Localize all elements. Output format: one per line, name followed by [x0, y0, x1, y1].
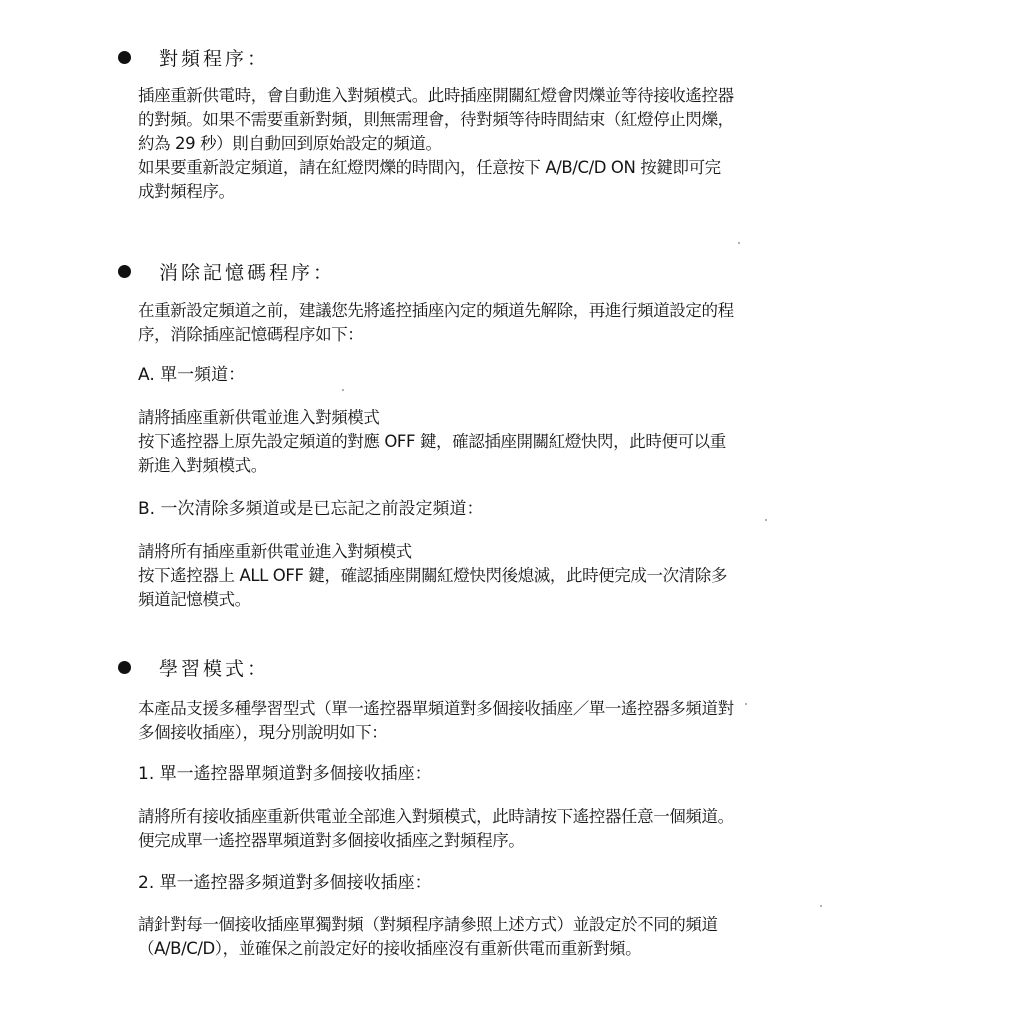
text-line: 便完成單一遙控器單頻道對多個接收插座之對頻程序。 — [138, 829, 838, 853]
section-heading-clear-memory: 消除記憶碼程序： — [118, 256, 335, 286]
scan-speck — [342, 389, 344, 391]
item-1-paragraph: 請將所有接收插座重新供電並全部進入對頻模式，此時請按下遙控器任意一個頻道。 便完… — [138, 805, 838, 853]
heading-text: 學習模式： — [159, 654, 269, 681]
text-line: 新進入對頻模式。 — [138, 454, 838, 478]
text-line: 請針對每一個接收插座單獨對頻（對頻程序請參照上述方式）並設定於不同的頻道 — [138, 913, 838, 937]
section-heading-pairing: 對頻程序： — [118, 42, 269, 72]
text-line: 多個接收插座），現分別說明如下： — [138, 721, 838, 745]
learning-mode-intro: 本產品支援多種學習型式（單一遙控器單頻道對多個接收插座／單一遙控器多頻道對 多個… — [138, 697, 838, 745]
text-line: 成對頻程序。 — [138, 180, 838, 204]
item-b-paragraph: 請將所有插座重新供電並進入對頻模式 按下遙控器上 ALL OFF 鍵，確認插座開… — [138, 540, 838, 612]
scan-speck — [738, 242, 740, 244]
scan-speck — [820, 905, 822, 907]
text-line: 約為 29 秒）則自動回到原始設定的頻道。 — [138, 132, 838, 156]
bullet-icon — [118, 265, 131, 278]
item-label-b: B. 一次清除多頻道或是已忘記之前設定頻道： — [138, 497, 483, 521]
text-line: 序，消除插座記憶碼程序如下： — [138, 323, 838, 347]
text-line: 頻道記憶模式。 — [138, 588, 838, 612]
text-line: 如果要重新設定頻道，請在紅燈閃爍的時間內，任意按下 A/B/C/D ON 按鍵即… — [138, 156, 838, 180]
text-line: 本產品支援多種學習型式（單一遙控器單頻道對多個接收插座／單一遙控器多頻道對 — [138, 697, 838, 721]
document-page: 對頻程序： 插座重新供電時，會自動進入對頻模式。此時插座開關紅燈會閃爍並等待接收… — [0, 0, 1024, 1024]
heading-text: 消除記憶碼程序： — [159, 258, 335, 285]
item-a-paragraph: 請將插座重新供電並進入對頻模式 按下遙控器上原先設定頻道的對應 OFF 鍵，確認… — [138, 406, 838, 478]
clear-memory-intro: 在重新設定頻道之前，建議您先將遙控插座內定的頻道先解除，再進行頻道設定的程 序，… — [138, 299, 838, 347]
item-2-paragraph: 請針對每一個接收插座單獨對頻（對頻程序請參照上述方式）並設定於不同的頻道 （A/… — [138, 913, 838, 961]
text-line: 請將插座重新供電並進入對頻模式 — [138, 406, 838, 430]
text-line: 按下遙控器上 ALL OFF 鍵，確認插座開關紅燈快閃後熄滅，此時便完成一次清除… — [138, 564, 838, 588]
text-line: 按下遙控器上原先設定頻道的對應 OFF 鍵，確認插座開關紅燈快閃，此時便可以重 — [138, 430, 838, 454]
pairing-paragraph: 插座重新供電時，會自動進入對頻模式。此時插座開關紅燈會閃爍並等待接收遙控器 的對… — [138, 84, 838, 204]
section-heading-learning-mode: 學習模式： — [118, 652, 269, 682]
text-line: 請將所有插座重新供電並進入對頻模式 — [138, 540, 838, 564]
scan-speck — [745, 703, 747, 705]
text-line: 請將所有接收插座重新供電並全部進入對頻模式，此時請按下遙控器任意一個頻道。 — [138, 805, 838, 829]
item-label-a: A. 單一頻道： — [138, 363, 245, 387]
bullet-icon — [118, 661, 131, 674]
text-line: 在重新設定頻道之前，建議您先將遙控插座內定的頻道先解除，再進行頻道設定的程 — [138, 299, 838, 323]
item-label-2: 2. 單一遙控器多頻道對多個接收插座： — [138, 871, 432, 895]
item-label-1: 1. 單一遙控器單頻道對多個接收插座： — [138, 762, 432, 786]
text-line: （A/B/C/D），並確保之前設定好的接收插座沒有重新供電而重新對頻。 — [138, 937, 838, 961]
text-line: 的對頻。如果不需要重新對頻，則無需理會，待對頻等待時間結束（紅燈停止閃爍， — [138, 108, 838, 132]
scan-speck — [765, 519, 767, 521]
bullet-icon — [118, 51, 131, 64]
text-line: 插座重新供電時，會自動進入對頻模式。此時插座開關紅燈會閃爍並等待接收遙控器 — [138, 84, 838, 108]
heading-text: 對頻程序： — [159, 44, 269, 71]
